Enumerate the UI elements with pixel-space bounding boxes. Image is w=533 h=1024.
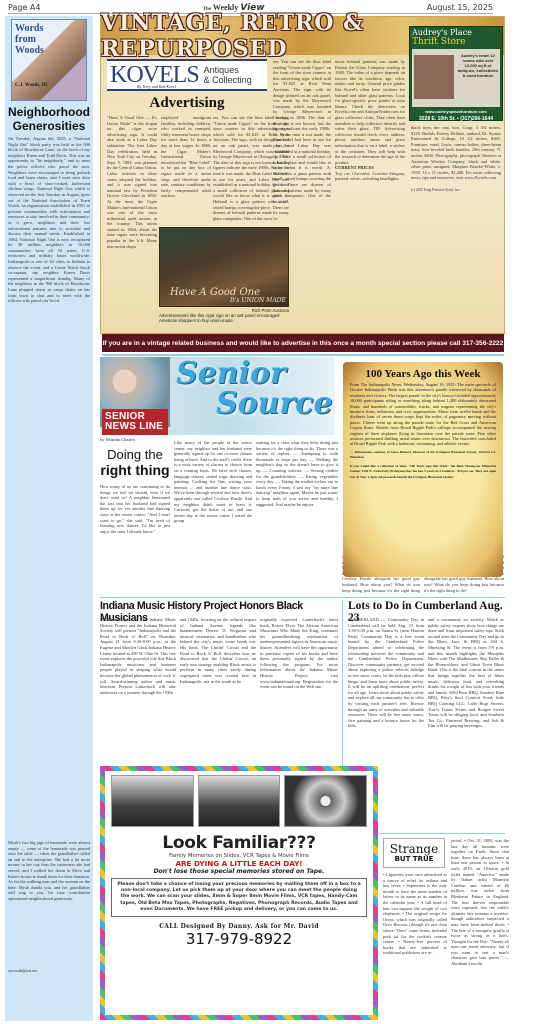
article-column-1: "Have A Good One — It's Union Made" is t…	[107, 115, 157, 327]
senior-news-line-logo: SENIOR NEWS LINE	[102, 409, 168, 435]
prices-column: black tires, die cast, box, Corgi, 3 3/4…	[411, 125, 501, 325]
senior-column-1: How many of us are continuing to do thin…	[100, 484, 170, 594]
history-body: From The Indianapolis News, Wednesday, A…	[350, 382, 496, 447]
column-body: On Tuesday, August 6th, 2025, a "Nationa…	[8, 136, 90, 836]
music-column-2: and 1940s, focusing on the cultural impa…	[180, 617, 256, 763]
history-title: 100 Years Ago this Week	[350, 368, 496, 380]
section-divider	[380, 833, 505, 834]
strange-column-2: jected. • Oct. 31, 2000, was the last da…	[451, 838, 509, 1022]
article-column-4: mous hobnail patterns was made by Fenton…	[335, 59, 405, 327]
senior-source-title: SeniorSource	[176, 359, 333, 419]
senior-source-header: SENIOR NEWS LINE SeniorSource	[100, 357, 335, 435]
music-column-3: originally expected. Lauterbach's latest…	[260, 617, 338, 763]
ad-headline: Look Familiar???	[111, 833, 367, 853]
column-headline: Neighborhood Generosities	[8, 105, 90, 133]
music-column-1: INDIANAPOLIS — The Indiana Music History…	[100, 617, 176, 763]
author-byline: C.J. Woods, III	[15, 83, 48, 88]
author-portrait: Words from Woods C.J. Woods, III	[11, 19, 87, 101]
vintage-section: VINTAGE, RETRO & REPURPOSED KOVELS Antiq…	[100, 16, 505, 334]
cigar-sign-photo: Have A Good One It's UNION MADE	[159, 227, 289, 307]
look-familiar-ad[interactable]: Look Familiar??? Family Memories on Slid…	[100, 766, 378, 1020]
senior-column-3: waiting for a class what they keep doing…	[256, 440, 338, 594]
column-body-end: Myah's two big jugs of lemonade were alm…	[8, 840, 90, 968]
100-years-ago-box: 100 Years Ago this Week From The Indiana…	[343, 362, 503, 577]
film-reel-photo	[284, 775, 367, 827]
column-logo: Words from Woods	[15, 23, 43, 56]
ad-description-box: Please don't take a chance of losing you…	[111, 878, 367, 917]
media-photos	[111, 775, 367, 827]
history-note: If you would like a collection of these …	[350, 464, 496, 480]
store-photo: Audrey's Israel 12 rooms with over 12,00…	[412, 49, 500, 107]
advertise-banner: If you are in a vintage related business…	[102, 334, 504, 352]
slide-photo	[111, 775, 194, 827]
strange-column-1: • Cigarettes were once advertised as a s…	[383, 872, 447, 1022]
page-number: Page A4	[8, 3, 40, 12]
words-from-woods-column: Words from Woods C.J. Woods, III Neighbo…	[5, 16, 93, 1021]
audreys-place-ad[interactable]: Audrey's Place Thrift Store Audrey's Isr…	[409, 26, 503, 121]
section-divider	[102, 354, 504, 356]
ad-red-line: ARE DYING A LITTLE EACH DAY!	[111, 859, 367, 868]
cumberland-column-2: and a community art activity. Watch as p…	[428, 617, 504, 829]
history-credit: — Information courtesy of Steve Barnett,…	[350, 450, 496, 461]
senior-headline: Doing the right thing	[100, 447, 170, 478]
ad-italic-line: Don't lose those special memories stored…	[111, 868, 367, 875]
senior-byline: by Matilda Charles	[100, 437, 135, 443]
strange-but-true-logo: Strange BUT TRUE	[383, 838, 445, 868]
ad-phone-number[interactable]: 317-979-8922	[111, 930, 367, 948]
author-email[interactable]: cjwoods@att.net	[8, 968, 90, 974]
ad-call-line: CALL Designed By Danny. Ask for Mr. Davi…	[111, 923, 367, 930]
senior-column-2: Like many of the people at the senior ce…	[174, 440, 252, 594]
kovels-logo: KOVELS Antiques& Collecting By Terry and…	[107, 59, 267, 91]
section-divider	[100, 597, 505, 598]
vhs-tape-photo	[198, 775, 281, 827]
article-headline: Advertising	[107, 95, 267, 112]
photo-caption: Rich Penn Auctions Advertisements like t…	[159, 308, 289, 323]
article-column-2: employed immigrant families, including c…	[161, 115, 211, 225]
